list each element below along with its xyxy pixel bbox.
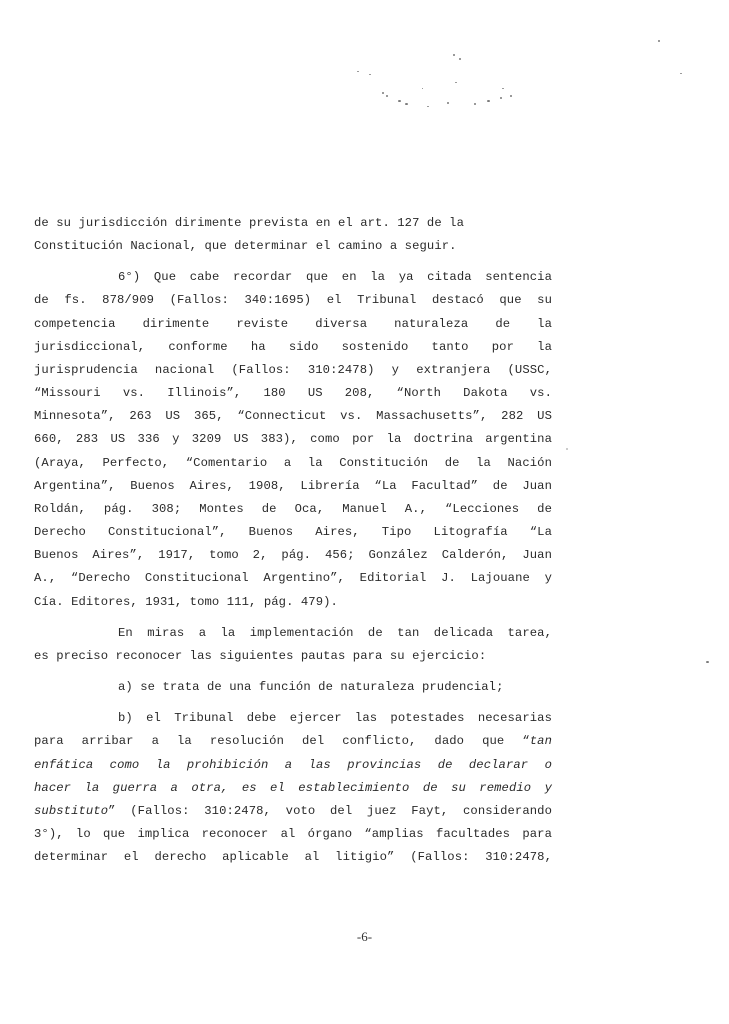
text-line: “Missouri vs. Illinois”, 180 US 208, “No… <box>34 385 552 401</box>
text-line: A., “Derecho Constitucional Argentino”, … <box>34 570 552 586</box>
text-line: Roldán, pág. 308; Montes de Oca, Manuel … <box>34 501 552 517</box>
text-line: 3°), lo que implica reconocer al órgano … <box>34 826 552 842</box>
document-page: de su jurisdicción dirimente prevista en… <box>0 0 729 1024</box>
text-line: (Araya, Perfecto, “Comentario a la Const… <box>34 455 552 471</box>
text-line: determinar el derecho aplicable al litig… <box>34 849 552 865</box>
text-line: Argentina”, Buenos Aires, 1908, Librería… <box>34 478 552 494</box>
text-line: Constitución Nacional, que determinar el… <box>34 238 552 254</box>
text-line: Minnesota”, 263 US 365, “Connecticut vs.… <box>34 408 552 424</box>
text-line: 660, 283 US 336 y 3209 US 383), como por… <box>34 431 552 447</box>
text-line: de fs. 878/909 (Fallos: 340:1695) el Tri… <box>34 292 552 308</box>
text-line: jurisprudencia nacional (Fallos: 310:247… <box>34 362 552 378</box>
text-segment: ” (Fallos: 310:2478, voto del juez Fayt,… <box>108 804 552 818</box>
text-line: jurisdiccional, conforme ha sido sosteni… <box>34 339 552 355</box>
paragraph-en-miras-start: En miras a la implementación de tan deli… <box>118 625 552 641</box>
quote-italic-line: hacer la guerra a otra, es el establecim… <box>34 780 552 796</box>
text-line: es preciso reconocer las siguientes paut… <box>34 648 552 664</box>
text-segment: para arribar a la resolución del conflic… <box>34 734 530 748</box>
text-line: competencia dirimente reviste diversa na… <box>34 316 552 332</box>
item-a: a) se trata de una función de naturaleza… <box>118 679 552 695</box>
paragraph-6-start: 6°) Que cabe recordar que en la ya citad… <box>118 269 552 285</box>
text-line: substituto” (Fallos: 310:2478, voto del … <box>34 803 552 819</box>
quote-italic-line: enfática como la prohibición a las provi… <box>34 757 552 773</box>
text-line: de su jurisdicción dirimente prevista en… <box>34 215 552 231</box>
page-number: -6- <box>0 929 729 945</box>
item-b-start: b) el Tribunal debe ejercer las potestad… <box>118 710 552 726</box>
text-line: Buenos Aires”, 1917, tomo 2, pág. 456; G… <box>34 547 552 563</box>
text-line: para arribar a la resolución del conflic… <box>34 733 552 749</box>
quote-italic: substituto <box>34 804 108 818</box>
text-line: Derecho Constitucional”, Buenos Aires, T… <box>34 524 552 540</box>
quote-italic: tan <box>530 734 552 748</box>
text-line: Cía. Editores, 1931, tomo 111, pág. 479)… <box>34 594 552 610</box>
